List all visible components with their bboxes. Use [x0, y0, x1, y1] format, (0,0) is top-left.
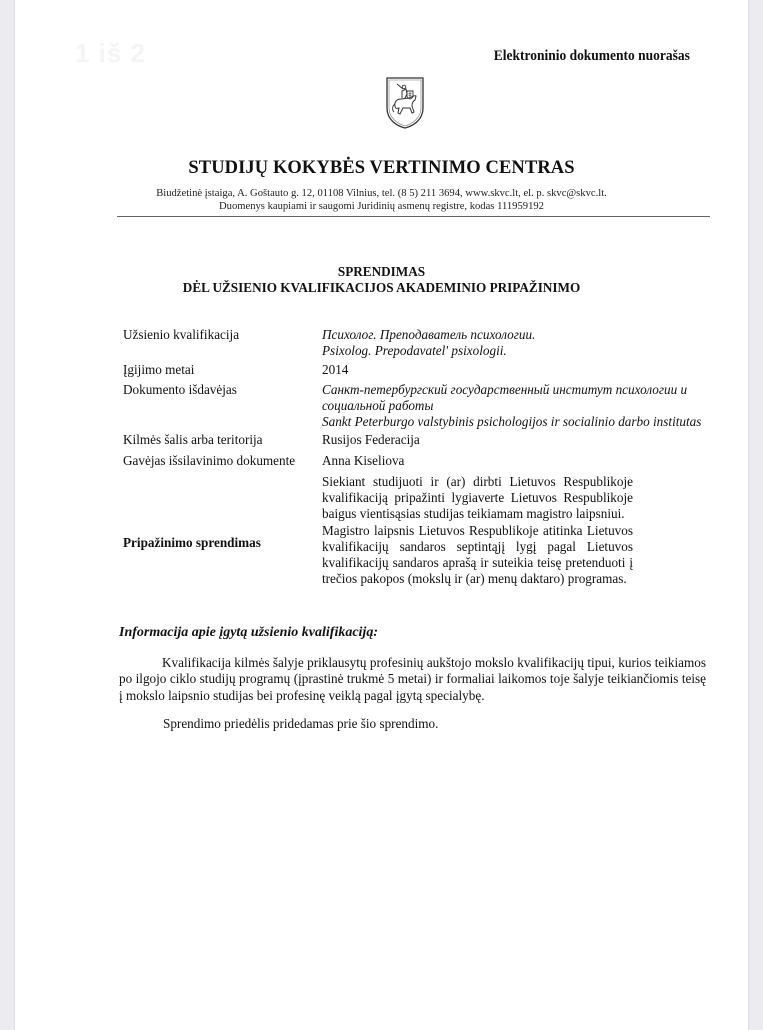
electronic-copy-label: Elektroninio dokumento nuorašas	[494, 48, 690, 65]
field-value: Психолог. Преподаватель психологии. Psix…	[322, 327, 722, 359]
decision-paragraph-2: Magistro laipsnis Lietuvos Respublikoje …	[322, 523, 633, 588]
field-value: Санкт-петербургский государственный инст…	[322, 382, 722, 431]
field-label: Kilmės šalis arba teritorija	[123, 432, 318, 448]
field-value: 2014	[322, 362, 722, 378]
field-label: Įgijimo metai	[123, 362, 318, 378]
info-heading: Informacija apie įgytą užsienio kvalifik…	[119, 625, 378, 641]
field-value-line: Psixolog. Prepodavatel' psixologii.	[322, 343, 722, 359]
field-value-line: Sankt Peterburgo valstybinis psichologij…	[322, 414, 722, 430]
field-label: Gavėjas išsilavinimo dokumente	[123, 453, 318, 469]
header-divider	[117, 216, 710, 217]
field-value: Anna Kiseliova	[322, 453, 722, 469]
field-value-line: Rusijos Federacija	[322, 432, 722, 448]
annex-note: Sprendimo priedėlis pridedamas prie šio …	[163, 716, 438, 732]
decision-paragraph-1: Siekiant studijuoti ir (ar) dirbti Lietu…	[322, 474, 633, 523]
decision-text: Siekiant studijuoti ir (ar) dirbti Lietu…	[322, 474, 633, 587]
field-value-line: 2014	[322, 362, 722, 378]
document-page: 1 iš 2 Elektroninio dokumento nuorašas S…	[15, 0, 748, 1030]
field-value-line: Санкт-петербургский государственный инст…	[322, 382, 722, 398]
field-value: Rusijos Federacija	[322, 432, 722, 448]
decision-title: SPRENDIMAS	[15, 264, 748, 280]
field-value-line: социальной работы	[322, 398, 722, 414]
decision-label: Pripažinimo sprendimas	[123, 535, 261, 551]
field-label: Dokumento išdavėjas	[123, 382, 318, 398]
info-paragraph: Kvalifikacija kilmės šalyje priklausytų …	[119, 655, 706, 704]
decision-subtitle: DĖL UŽSIENIO KVALIFIKACIJOS AKADEMINIO P…	[15, 280, 748, 296]
organization-name: STUDIJŲ KOKYBĖS VERTINIMO CENTRAS	[15, 158, 748, 179]
coat-of-arms-icon	[385, 76, 425, 130]
page-indicator-watermark: 1 iš 2	[75, 38, 146, 69]
field-value-line: Психолог. Преподаватель психологии.	[322, 327, 722, 343]
organization-address: Biudžetinė įstaiga, A. Goštauto g. 12, 0…	[15, 188, 748, 199]
organization-registry: Duomenys kaupiami ir saugomi Juridinių a…	[15, 201, 748, 212]
field-value-line: Anna Kiseliova	[322, 453, 722, 469]
field-label: Užsienio kvalifikacija	[123, 327, 318, 343]
